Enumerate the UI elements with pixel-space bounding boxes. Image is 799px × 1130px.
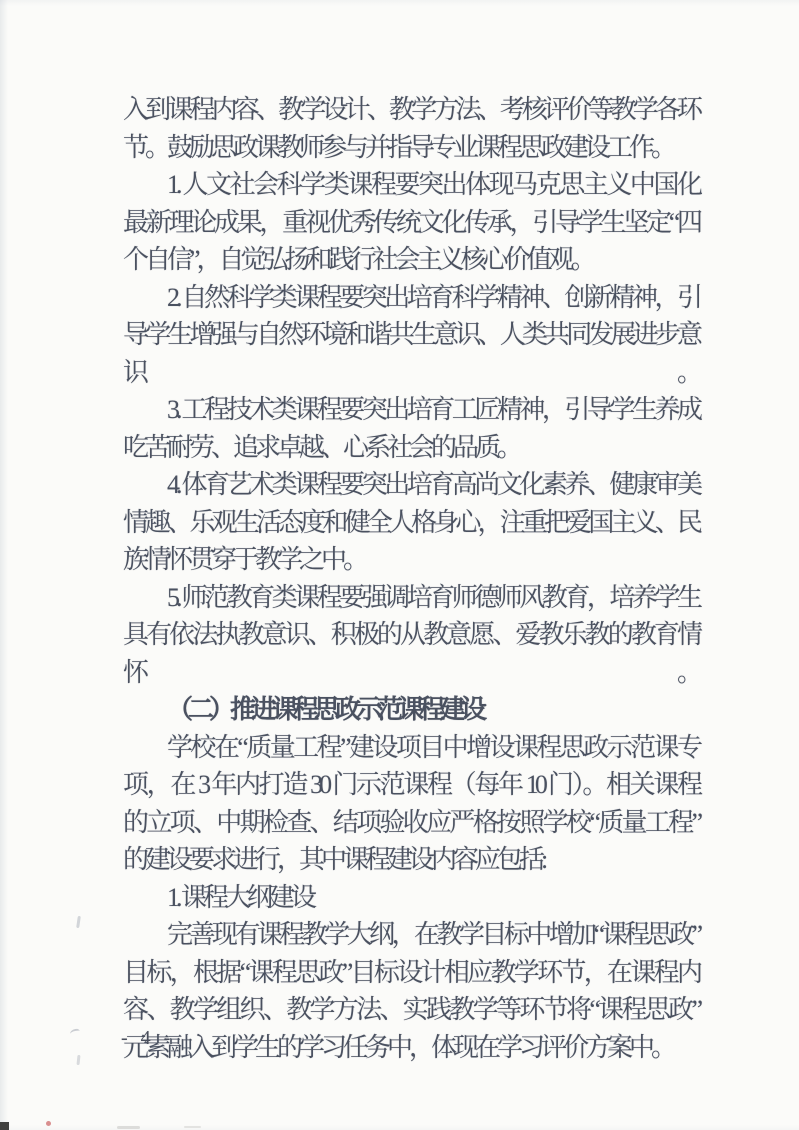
scan-artifact-red-dot xyxy=(46,1121,51,1126)
text-line: 容、教学组织、教学方法、实践教学等环节将“课程思政” xyxy=(123,991,699,1029)
text-line: 5. 师范教育类课程要强调培育师德师风教育，培养学生 xyxy=(123,579,699,617)
text-line: 族情怀贯穿于教学之中。 xyxy=(123,541,699,579)
text-line: 个自信”，自觉弘扬和践行社会主义核心价值观。 xyxy=(123,241,699,279)
text-line: 1. 课程大纲建设 xyxy=(123,879,699,917)
scan-artifact-edge-dash xyxy=(76,916,81,928)
text-line: 节。鼓励思政课教师参与并指导专业课程思政建设工作。 xyxy=(123,129,699,167)
text-line: 的建设要求进行，其中课程建设内容应包括: xyxy=(123,841,699,879)
text-line: 情趣、乐观生活态度和健全人格身心，注重把爱国主义、民 xyxy=(123,504,699,542)
section-heading: （二）推进课程思政示范课程建设 xyxy=(123,691,699,729)
text-line: 导学生增强与自然环境和谐共生意识、人类共同发展进步意识。 xyxy=(123,316,699,391)
page-number: - 4 - xyxy=(121,1027,174,1050)
scan-artifact-tick-mark xyxy=(69,1028,80,1037)
text-line: 目标，根据“课程思政”目标设计相应教学环节，在课程内 xyxy=(123,954,699,992)
text-line: 具有依法执教意识、积极的从教意愿、爱教乐教的教育情怀。 xyxy=(123,616,699,691)
text-line: 学校在“质量工程”建设项目中增设课程思政示范课专 xyxy=(123,729,699,767)
text-line: 的立项、中期检查、结项验收应严格按照学校“质量工程” xyxy=(123,804,699,842)
scanned-page: 入到课程内容、教学设计、教学方法、考核评价等教学各环 节。鼓励思政课教师参与并指… xyxy=(0,0,799,1130)
scan-artifact-corner-mark xyxy=(0,1122,9,1130)
text-line: 1. 人文社会科学类课程要突出体现马克思主义中国化 xyxy=(123,166,699,204)
text-line: 2. 自然科学类课程要突出培育科学精神、创新精神，引 xyxy=(123,279,699,317)
text-line: 项，在 3 年内打造 30 门示范课程（每年 10 门）。相关课程 xyxy=(123,766,699,804)
text-line: 4. 体育艺术类课程要突出培育高尚文化素养、健康审美 xyxy=(123,466,699,504)
text-line: 3. 工程技术类课程要突出培育工匠精神，引导学生养成 xyxy=(123,391,699,429)
scan-artifact-smudge xyxy=(117,1126,140,1129)
text-line: 完善现有课程教学大纲，在教学目标中增加“课程思政” xyxy=(123,916,699,954)
document-body: 入到课程内容、教学设计、教学方法、考核评价等教学各环 节。鼓励思政课教师参与并指… xyxy=(123,91,699,1066)
scan-artifact-edge-dash xyxy=(76,1055,80,1065)
text-line: 最新理论成果，重视优秀传统文化传承，引导学生坚定“四 xyxy=(123,204,699,242)
text-line: 吃苦耐劳、追求卓越、心系社会的品质。 xyxy=(123,429,699,467)
scan-artifact-smudge xyxy=(184,1126,201,1128)
text-line: 元素融入到学生的学习任务中，体现在学习评价方案中。 xyxy=(123,1029,699,1067)
text-line: 入到课程内容、教学设计、教学方法、考核评价等教学各环 xyxy=(123,91,699,129)
